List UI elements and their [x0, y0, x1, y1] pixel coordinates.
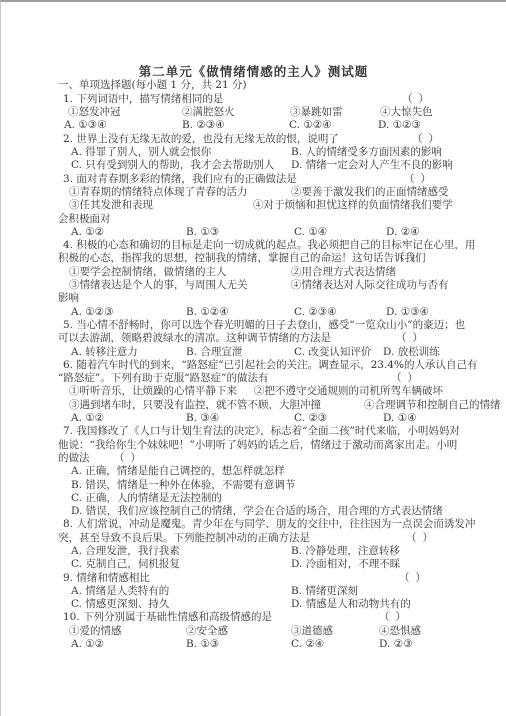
text-segment: 影响 — [58, 292, 79, 305]
text-segment: 的做法 — [58, 452, 90, 465]
text-segment: A. ①② — [71, 412, 104, 425]
text-segment: D. ①③④ — [386, 306, 429, 319]
text-segment: C. 克制自己，伺机报复 — [71, 558, 180, 571]
text-segment: 5. 当心情不舒畅时，你可以选个春光明媚的日子去登山，感受“一览众山小”的豪迈；… — [63, 319, 465, 332]
text-segment: B. 错误，情绪是一种外在体验，不需要有意调节 — [71, 479, 295, 492]
text-segment: B. 冷静处理，注意转移 — [291, 545, 400, 558]
question-7-choices: D. 错误，我们应该控制自己的情绪，学会在合适的场合，用合理的方式表达情绪 — [1, 505, 506, 518]
text-segment: A. ①②③ — [71, 306, 114, 319]
answer-blank: （） — [412, 133, 439, 146]
text-segment: D. 情感是人和动物共有的 — [291, 598, 411, 611]
paren-close: ） — [429, 133, 440, 146]
question-3-items: ①青春期的情绪特点体现了青春的活力②要善于激发我们的正面情绪感受 — [1, 186, 506, 199]
text-segment: 1. 下列词语中，描写情绪相同的是 — [63, 93, 223, 106]
text-segment: C. 改变认知评价 — [294, 346, 371, 359]
question-7-stem: 7. 我国修改了《人口与计划生育法的决定》，标志着“全面二孩”时代来临，小明妈妈… — [1, 425, 506, 438]
question-9-choices: A. 情绪是人类特有的B. 情绪更深刻 — [1, 585, 506, 598]
question-6-items: ③遇到堵车时，只要没有监控，就不管不顾，大胆冲撞④合理调节和控制自己的情绪 — [1, 399, 506, 412]
question-9-stem: 9. 情绪和情感相比（） — [1, 572, 506, 585]
text-segment: 2. 世界上没有无缘无故的爱，也没有无缘无故的恨，说明了 — [63, 133, 339, 146]
answer-blank: （） — [396, 332, 423, 345]
text-segment: A. ①② — [71, 638, 104, 651]
text-segment: A. 正确，情绪是能自己调控的，想怎样就怎样 — [71, 465, 285, 478]
text-segment: B. ③④ — [186, 412, 219, 425]
question-3-choices: A. ①②B. ①③C. ①④D. ②④ — [1, 226, 506, 239]
text-segment: ④对于烦恼和担忧这样的负面情绪我们要学 — [253, 199, 453, 212]
paren-close: ） — [416, 572, 427, 585]
text-segment: ③遇到堵车时，只要没有监控，就不管不顾，大胆冲撞 — [69, 399, 321, 412]
question-2-choices: A. 得罪了别人，别人就会恨你B. 人的情绪受多方面因素的影响 — [1, 146, 506, 159]
question-5-stem: 可以去游湖，领略碧波绿水的清凉。这种调节情绪的方法是（） — [1, 332, 506, 345]
question-1-items: ①怒发冲冠②满腔怒火③暴跳如雷④大惊失色 — [1, 106, 506, 119]
text-segment: ④恐惧感 — [379, 625, 421, 638]
answer-blank: （） — [406, 532, 433, 545]
question-7-choices: A. 正确，情绪是能自己调控的，想怎样就怎样 — [1, 465, 506, 478]
question-2-stem: 2. 世界上没有无缘无故的爱，也没有无缘无故的恨，说明了（） — [1, 133, 506, 146]
text-segment: ①怒发冲冠 — [68, 106, 121, 119]
text-segment: A. 得罪了别人，别人就会恨你 — [71, 146, 211, 159]
question-6-stem: “路怒症”。下列有助于克服“路怒症”的做法有（） — [1, 372, 506, 385]
text-segment: D. 情绪一定会对人产生不良的影响 — [291, 159, 453, 172]
question-8-stem: 8. 人们常说，冲动是魔鬼。青少年在与同学、朋友的交往中，往往因为一点误会而诱发… — [1, 518, 506, 531]
text-segment: ②安全感 — [186, 625, 228, 638]
paren-open: （ — [399, 572, 410, 585]
text-segment: A. 情绪是人类特有的 — [71, 585, 169, 598]
text-segment: D. ②④ — [386, 226, 420, 239]
question-9-choices: C. 情感更深刻、持久D. 情感是人和动物共有的 — [1, 598, 506, 611]
question-10-stem: 10. 下列分别属于基础性情感和高级情感的是（） — [1, 611, 506, 624]
question-7-stem: 的做法（） — [1, 452, 506, 465]
paren-close: ） — [396, 611, 407, 624]
paren-close: ） — [423, 532, 434, 545]
text-segment: ②用合理方式表达情绪 — [291, 266, 396, 279]
question-8-choices: A. 合理发泄，我行我素B. 冷静处理，注意转移 — [1, 545, 506, 558]
text-segment: B. 人的情绪受多方面因素的影响 — [291, 146, 442, 159]
question-4-items: ①要学会控制情绪，做情绪的主人②用合理方式表达情绪 — [1, 266, 506, 279]
question-4-stem: 积极的心态，指挥我的思想，控制我的情绪，掌握自己的命运！这句话告诉我们（） — [1, 252, 506, 265]
paren-open: （ — [114, 452, 125, 465]
question-5-stem: 5. 当心情不舒畅时，你可以选个春光明媚的日子去登山，感受“一览众山小”的豪迈；… — [1, 319, 506, 332]
text-segment: ④合理调节和控制自己的情绪 — [364, 399, 501, 412]
text-segment: A. ①③④ — [64, 119, 107, 132]
answer-blank: （） — [404, 173, 431, 186]
text-segment: ③任其发泄和表现 — [69, 199, 153, 212]
question-7-choices: B. 错误，情绪是一种外在体验，不需要有意调节 — [1, 479, 506, 492]
text-segment: 会积极面对 — [58, 213, 111, 226]
section-heading: 一、单项选择题(每小题 1 分，共 21 分) — [58, 79, 247, 92]
text-segment: 积极的心态，指挥我的思想，控制我的情绪，掌握自己的命运！这句话告诉我们 — [58, 252, 426, 265]
paren-close: ） — [408, 372, 419, 385]
text-segment: ②满腔怒火 — [182, 106, 235, 119]
question-4-wrap: 影响 — [1, 292, 506, 305]
question-4-items: ③情绪表达是个人的事，与周围人无关④情绪表达对人际交往成功与否有 — [1, 279, 506, 292]
paren-close: ） — [419, 93, 430, 106]
paren-close: ） — [131, 452, 142, 465]
text-segment: ①听听音乐，让烦躁的心情平静下来 — [69, 385, 237, 398]
text-segment: A. ①② — [71, 226, 104, 239]
question-3-wrap: 会积极面对 — [1, 213, 506, 226]
paren-open: （ — [412, 133, 423, 146]
question-1-stem: 1. 下列词语中，描写情绪相同的是（） — [1, 93, 506, 106]
text-segment: ④情绪表达对人际交往成功与否有 — [291, 279, 449, 292]
text-segment: B. ①③ — [186, 638, 219, 651]
text-segment: ③情绪表达是个人的事，与周围人无关 — [69, 279, 248, 292]
text-segment: C. ②③ — [294, 412, 327, 425]
paren-close: ） — [421, 173, 432, 186]
answer-blank: （） — [402, 93, 429, 106]
text-segment: ④大惊失色 — [380, 106, 433, 119]
paren-open: （ — [391, 372, 402, 385]
document-page: 第二单元《做情绪情感的主人》测试题 一、单项选择题(每小题 1 分，共 21 分… — [0, 0, 506, 716]
text-segment: ①青春期的情绪特点体现了青春的活力 — [69, 186, 248, 199]
page-title: 第二单元《做情绪情感的主人》测试题 — [1, 62, 506, 80]
question-4-stem: 4. 积极的心态和确切的目标是走向一切成就的起点。我必须把自己的目标牢记在心里，… — [1, 239, 506, 252]
question-6-choices: A. ①②B. ③④C. ②③D. ①④ — [1, 412, 506, 425]
text-segment: 他说：“我给你生个妹妹吧！”小明听了妈妈的话之后，情绪过于激动而离家出走。小明 — [58, 439, 457, 452]
text-segment: 可以去游湖，领略碧波绿水的清凉。这种调节情绪的方法是 — [58, 332, 331, 345]
text-segment: ③道德感 — [291, 625, 333, 638]
text-segment: B. 情绪更深刻 — [291, 585, 358, 598]
text-segment: C. ②④ — [291, 638, 324, 651]
text-segment: 3. 面对青春期多彩的情绪，我们应有的正确做法是 — [63, 173, 297, 186]
text-segment: D. ②③ — [379, 638, 413, 651]
text-segment: ①爱的情感 — [69, 625, 122, 638]
question-6-items: ①听听音乐，让烦躁的心情平静下来②把不遵守交通规则的司机所驾车辆破坏 — [1, 385, 506, 398]
answer-blank: （） — [379, 611, 406, 624]
question-10-items: ①爱的情感②安全感③道德感④恐惧感 — [1, 625, 506, 638]
text-segment: 突，甚至导致不良后果。下列能控制冲动的正确方法是 — [58, 532, 310, 545]
paren-open: （ — [379, 611, 390, 624]
answer-blank: （） — [399, 572, 426, 585]
text-segment: D. ①④ — [383, 412, 417, 425]
text-segment: D. 冷面相对，不理不睬 — [291, 558, 400, 571]
text-segment: A. 合理发泄，我行我素 — [71, 545, 180, 558]
text-segment: 10. 下列分别属于基础性情感和高级情感的是 — [63, 611, 272, 624]
paren-open: （ — [404, 173, 415, 186]
text-segment: C. 只有受到别人的帮助，我才会去帮助别人 — [71, 159, 274, 172]
text-segment: C. ②③④ — [294, 306, 337, 319]
text-segment: 7. 我国修改了《人口与计划生育法的决定》，标志着“全面二孩”时代来临，小明妈妈… — [63, 425, 460, 438]
text-segment: 9. 情绪和情感相比 — [63, 572, 150, 585]
question-3-items: ③任其发泄和表现④对于烦恼和担忧这样的负面情绪我们要学 — [1, 199, 506, 212]
text-segment: D. 放松训练 — [383, 346, 440, 359]
text-segment: 6. 随着汽车时代的到来，“路怒症”已引起社会的关注。调查显示，23.4%的人承… — [63, 359, 477, 372]
text-segment: ①要学会控制情绪，做情绪的主人 — [69, 266, 227, 279]
paren-open: （ — [396, 332, 407, 345]
paren-close: ） — [411, 252, 422, 265]
question-3-stem: 3. 面对青春期多彩的情绪，我们应有的正确做法是（） — [1, 173, 506, 186]
text-segment: A. 转移注意力 — [71, 346, 138, 359]
question-8-choices: C. 克制自己，伺机报复D. 冷面相对，不理不睬 — [1, 558, 506, 571]
paren-open: （ — [406, 532, 417, 545]
answer-blank: （） — [391, 372, 418, 385]
text-segment: C. ①④ — [294, 226, 327, 239]
question-4-choices: A. ①②③B. ①②④C. ②③④D. ①③④ — [1, 306, 506, 319]
question-1-choices: A. ①③④B. ②③④C. ①②④D. ①②③ — [1, 119, 506, 132]
question-7-choices: C. 正确，人的情绪是无法控制的 — [1, 492, 506, 505]
answer-blank: （） — [394, 252, 421, 265]
text-segment: ②把不遵守交通规则的司机所驾车辆破坏 — [254, 385, 443, 398]
text-segment: 4. 积极的心态和确切的目标是走向一切成就的起点。我必须把自己的目标牢记在心里，… — [63, 239, 475, 252]
text-segment: ③暴跳如雷 — [290, 106, 343, 119]
text-segment: C. 情感更深刻、持久 — [71, 598, 169, 611]
paren-open: （ — [402, 93, 413, 106]
answer-blank: （） — [114, 452, 141, 465]
text-segment: D. 错误，我们应该控制自己的情绪，学会在合适的场合，用合理的方式表达情绪 — [71, 505, 443, 518]
text-segment: B. ②③④ — [182, 119, 225, 132]
text-segment: C. ①②④ — [289, 119, 332, 132]
text-segment: ②要善于激发我们的正面情绪感受 — [291, 186, 449, 199]
text-segment: B. 合理宣泄 — [186, 346, 242, 359]
question-2-choices: C. 只有受到别人的帮助，我才会去帮助别人D. 情绪一定会对人产生不良的影响 — [1, 159, 506, 172]
text-segment: D. ①②③ — [378, 119, 421, 132]
paren-close: ） — [413, 332, 424, 345]
text-segment: B. ①②④ — [186, 306, 229, 319]
question-5-choices: A. 转移注意力B. 合理宣泄C. 改变认知评价D. 放松训练 — [1, 346, 506, 359]
text-segment: 8. 人们常说，冲动是魔鬼。青少年在与同学、朋友的交往中，往往因为一点误会而诱发… — [63, 518, 475, 531]
question-8-stem: 突，甚至导致不良后果。下列能控制冲动的正确方法是（） — [1, 532, 506, 545]
question-7-stem: 他说：“我给你生个妹妹吧！”小明听了妈妈的话之后，情绪过于激动而离家出走。小明 — [1, 439, 506, 452]
text-segment: “路怒症”。下列有助于克服“路怒症”的做法有 — [58, 372, 268, 385]
question-10-choices: A. ①②B. ①③C. ②④D. ②③ — [1, 638, 506, 651]
text-segment: C. 正确，人的情绪是无法控制的 — [71, 492, 222, 505]
text-segment: B. ①③ — [186, 226, 219, 239]
question-6-stem: 6. 随着汽车时代的到来，“路怒症”已引起社会的关注。调查显示，23.4%的人承… — [1, 359, 506, 372]
paren-open: （ — [394, 252, 405, 265]
